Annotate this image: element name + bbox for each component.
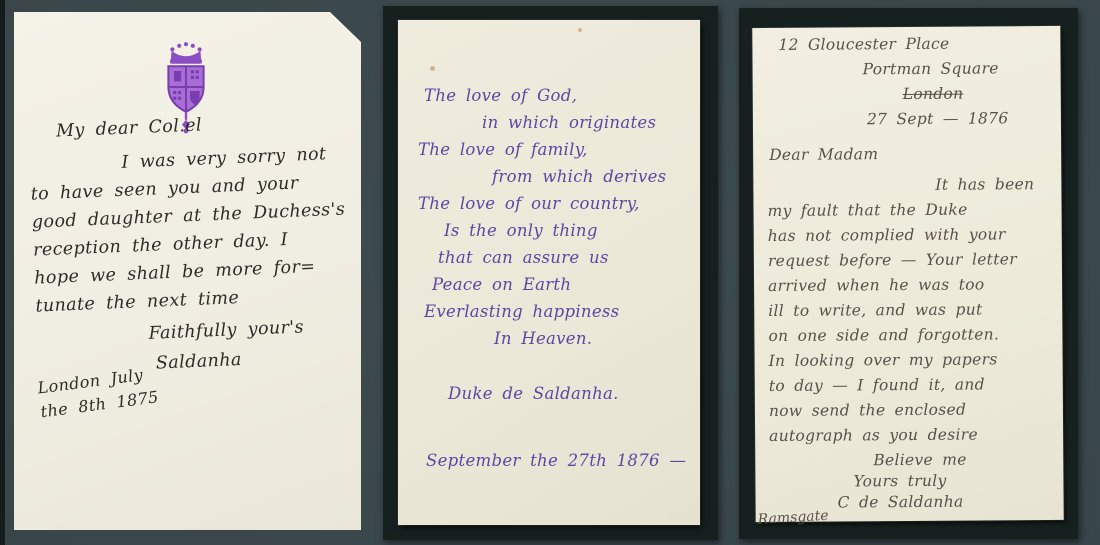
sentiment-line: that can assure us	[438, 248, 688, 275]
foxing-spot	[578, 28, 582, 32]
note-body-line: to day — I found it, and	[769, 375, 1057, 402]
note-address-line: London	[903, 84, 1055, 110]
note-body-line: arrived when he was too	[768, 275, 1056, 302]
note-body-line: now send the enclosed	[769, 400, 1057, 427]
note-closing-line: Yours truly	[853, 471, 1057, 493]
letter-1875-handwriting: My dear Col.el I was very sorry not to h…	[28, 110, 355, 427]
note-closing-line: Believe me	[873, 450, 1057, 472]
sentiment-line: The love of our country,	[418, 194, 688, 221]
letter-note-handwriting: 12 Gloucester Place Portman Square Londo…	[766, 34, 1057, 519]
note-body-line: It has been	[935, 175, 1055, 201]
letter-1875-sheet: My dear Col.el I was very sorry not to h…	[14, 12, 361, 530]
sentiment-line: Peace on Earth	[432, 275, 688, 302]
sentiment-dateline: September the 27th 1876 —	[426, 451, 688, 478]
note-body-line: on one side and forgotten.	[768, 325, 1056, 352]
letter-sentiment-sheet: The love of God, in which originates The…	[398, 20, 700, 525]
note-body-line: ill to write, and was put	[768, 300, 1056, 327]
note-body-line: request before — Your letter	[768, 250, 1056, 277]
sentiment-line: Everlasting happiness	[424, 302, 688, 329]
foxing-spot	[430, 66, 435, 71]
note-body-line: autograph as you desire	[769, 425, 1057, 452]
sentiment-line: In Heaven.	[494, 329, 688, 356]
sentiment-line: Is the only thing	[444, 221, 688, 248]
note-signature: C de Saldanha	[838, 492, 1058, 519]
sentiment-line: in which originates	[482, 113, 688, 140]
sentiment-line: The love of family,	[418, 140, 688, 167]
clipped-corner-fold	[325, 8, 359, 41]
note-address-line: 12 Gloucester Place	[778, 34, 1054, 61]
sentiment-line: from which derives	[492, 167, 688, 194]
note-greeting: Dear Madam	[769, 144, 1055, 171]
sentiment-signature: Duke de Saldanha.	[448, 384, 688, 411]
note-address-line: Portman Square	[863, 59, 1055, 85]
note-body-line: In looking over my papers	[769, 350, 1057, 377]
letter-sentiment-handwriting: The love of God, in which originates The…	[418, 86, 688, 478]
note-body-line: has not complied with your	[768, 225, 1056, 252]
letter-sentiment-mount: The love of God, in which originates The…	[383, 6, 718, 540]
note-address-line: 27 Sept — 1876	[867, 109, 1055, 135]
letter-note-mount: 12 Gloucester Place Portman Square Londo…	[739, 8, 1078, 539]
sentiment-line: The love of God,	[424, 86, 688, 113]
letter-1875-greeting: My dear Col.el	[56, 110, 344, 150]
photo-background: My dear Col.el I was very sorry not to h…	[0, 0, 1100, 545]
letter-note-sheet: 12 Gloucester Place Portman Square Londo…	[752, 26, 1063, 522]
note-body-line: my fault that the Duke	[767, 200, 1055, 227]
note-footnote: Ramsgate	[757, 508, 829, 528]
